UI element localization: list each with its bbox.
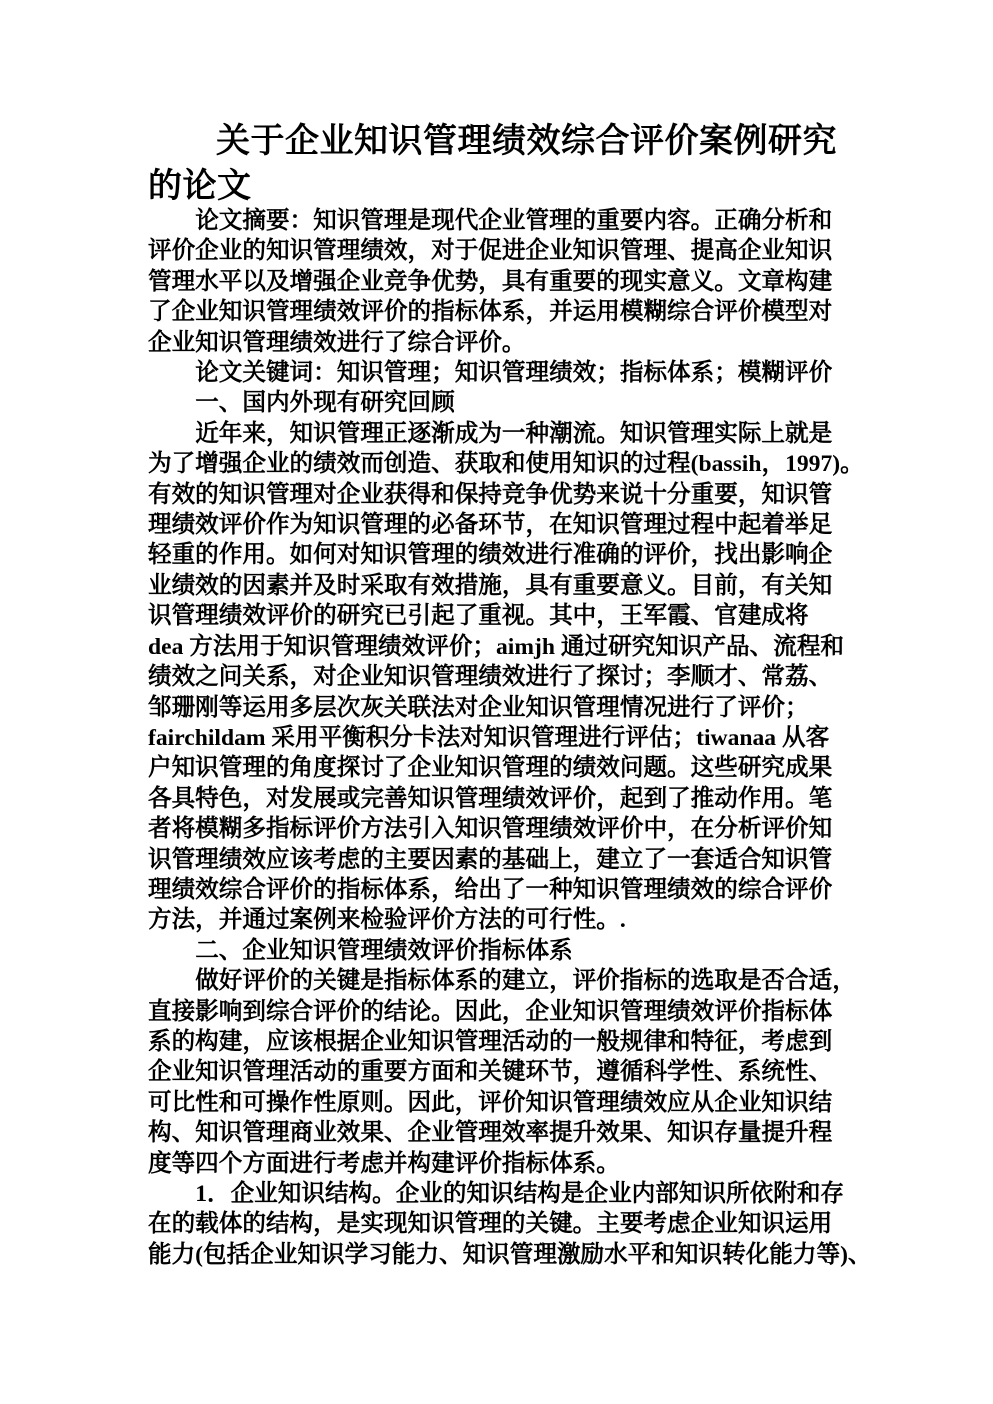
body-line: 论文摘要：知识管理是现代企业管理的重要内容。正确分析和 bbox=[148, 206, 864, 236]
body-line: 可比性和可操作性原则。因此，评价知识管理绩效应从企业知识结 bbox=[148, 1088, 864, 1118]
body-line: 企业知识管理活动的重要方面和关键环节，遵循科学性、系统性、 bbox=[148, 1057, 864, 1087]
body-line: 各具特色，对发展或完善知识管理绩效评价，起到了推动作用。笔 bbox=[148, 784, 864, 814]
body-line: 在的载体的结构，是实现知识管理的关键。主要考虑企业知识运用 bbox=[148, 1209, 864, 1239]
title-line: 的论文 bbox=[148, 164, 864, 209]
document-body: 论文摘要：知识管理是现代企业管理的重要内容。正确分析和评价企业的知识管理绩效，对… bbox=[148, 206, 864, 1270]
body-line: 有效的知识管理对企业获得和保持竞争优势来说十分重要，知识管 bbox=[148, 480, 864, 510]
body-line: 做好评价的关键是指标体系的建立，评价指标的选取是否合适， bbox=[148, 966, 864, 996]
body-line: 论文关键词：知识管理；知识管理绩效；指标体系；模糊评价 bbox=[148, 358, 864, 388]
body-line: 理绩效综合评价的指标体系，给出了一种知识管理绩效的综合评价 bbox=[148, 875, 864, 905]
body-line: 邹珊刚等运用多层次灰关联法对企业知识管理情况进行了评价； bbox=[148, 693, 864, 723]
body-line: 方法，并通过案例来检验评价方法的可行性。. bbox=[148, 905, 864, 935]
body-line: fairchildam 采用平衡积分卡法对知识管理进行评估；tiwanaa 从客 bbox=[148, 723, 864, 753]
body-line: 理绩效评价作为知识管理的必备环节，在知识管理过程中起着举足 bbox=[148, 510, 864, 540]
body-line: 系的构建，应该根据企业知识管理活动的一般规律和特征，考虑到 bbox=[148, 1027, 864, 1057]
body-line: 轻重的作用。如何对知识管理的绩效进行准确的评价，找出影响企 bbox=[148, 540, 864, 570]
body-line: 能力(包括企业知识学习能力、知识管理激励水平和知识转化能力等)、 bbox=[148, 1240, 864, 1270]
body-line: 构、知识管理商业效果、企业管理效率提升效果、知识存量提升程 bbox=[148, 1118, 864, 1148]
body-line: 绩效之问关系，对企业知识管理绩效进行了探讨；李顺才、常荔、 bbox=[148, 662, 864, 692]
body-line: 了企业知识管理绩效评价的指标体系，并运用模糊综合评价模型对 bbox=[148, 297, 864, 327]
body-line: 业绩效的因素并及时采取有效措施，具有重要意义。目前，有关知 bbox=[148, 571, 864, 601]
body-line: 度等四个方面进行考虑并构建评价指标体系。 bbox=[148, 1149, 864, 1179]
body-line: 一、国内外现有研究回顾 bbox=[148, 388, 864, 418]
body-line: 识管理绩效应该考虑的主要因素的基础上，建立了一套适合知识管 bbox=[148, 845, 864, 875]
body-line: 企业知识管理绩效进行了综合评价。 bbox=[148, 328, 864, 358]
body-line: 管理水平以及增强企业竞争优势，具有重要的现实意义。文章构建 bbox=[148, 267, 864, 297]
body-line: 评价企业的知识管理绩效，对于促进企业知识管理、提高企业知识 bbox=[148, 236, 864, 266]
document-title: 关于企业知识管理绩效综合评价案例研究的论文 bbox=[148, 119, 864, 209]
body-line: 识管理绩效评价的研究已引起了重视。其中，王军霞、官建成将 bbox=[148, 601, 864, 631]
document-page: 关于企业知识管理绩效综合评价案例研究的论文 论文摘要：知识管理是现代企业管理的重… bbox=[0, 0, 993, 1404]
body-line: 户知识管理的角度探讨了企业知识管理的绩效问题。这些研究成果 bbox=[148, 753, 864, 783]
title-line: 关于企业知识管理绩效综合评价案例研究 bbox=[148, 119, 864, 164]
body-line: 为了增强企业的绩效而创造、获取和使用知识的过程(bassih，1997)。 bbox=[148, 449, 864, 479]
body-line: 直接影响到综合评价的结论。因此，企业知识管理绩效评价指标体 bbox=[148, 997, 864, 1027]
body-line: 近年来，知识管理正逐渐成为一种潮流。知识管理实际上就是 bbox=[148, 419, 864, 449]
body-line: 二、企业知识管理绩效评价指标体系 bbox=[148, 936, 864, 966]
body-line: dea 方法用于知识管理绩效评价；aimjh 通过研究知识产品、流程和 bbox=[148, 632, 864, 662]
body-line: 1．企业知识结构。企业的知识结构是企业内部知识所依附和存 bbox=[148, 1179, 864, 1209]
body-line: 者将模糊多指标评价方法引入知识管理绩效评价中，在分析评价知 bbox=[148, 814, 864, 844]
